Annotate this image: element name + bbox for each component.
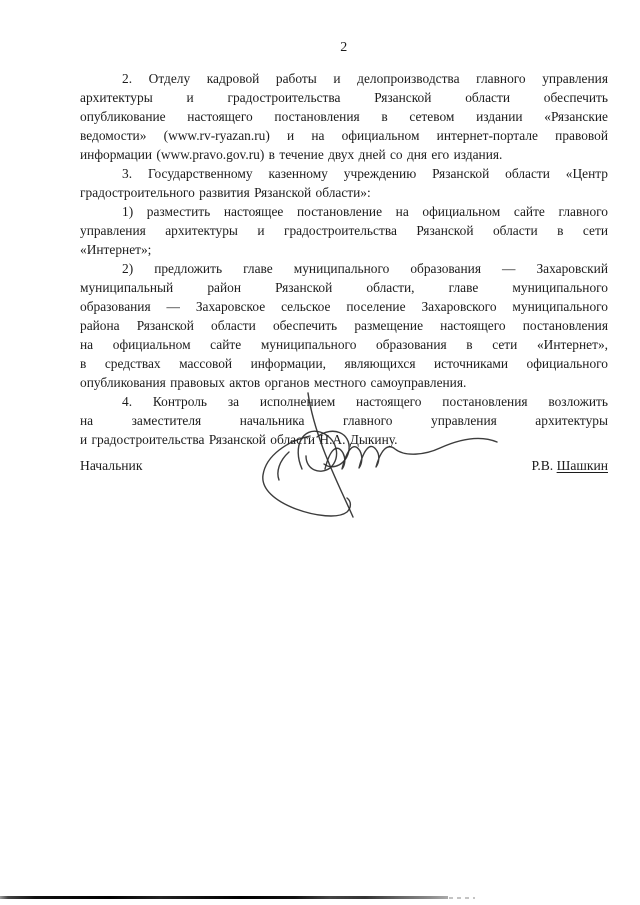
scan-artifact-line	[0, 896, 448, 899]
signer-initials: Р.В.	[531, 458, 553, 473]
document-line: архитектуры и градостроительства Рязанск…	[80, 88, 608, 107]
document-line: и градостроительства Рязанской области Н…	[80, 430, 608, 449]
signer-surname: Шашкин	[557, 458, 608, 473]
document-line: информации (www.pravo.gov.ru) в течение …	[80, 145, 608, 164]
signer-name: Р.В. Шашкин	[531, 458, 608, 474]
document-line: опубликования правовых актов органов мес…	[80, 373, 608, 392]
document-line: 2. Отделу кадровой работы и делопроизвод…	[80, 69, 608, 88]
document-line: района Рязанской области обеспечить разм…	[80, 316, 608, 335]
document-line: на официальном сайте муниципального обра…	[80, 335, 608, 354]
document-line: ведомости» (www.rv-ryazan.ru) и на офици…	[80, 126, 608, 145]
page-number: 2	[80, 40, 608, 56]
scan-artifact-line-tail	[449, 897, 475, 899]
document-line: в средствах массовой информации, являющи…	[80, 354, 608, 373]
document-line: образования — Захаровское сельское посел…	[80, 297, 608, 316]
document-line: управления архитектуры и градостроительс…	[80, 221, 608, 240]
document-page: 2 2. Отделу кадровой работы и делопроизв…	[0, 0, 640, 905]
document-line: 1) разместить настоящее постановление на…	[80, 202, 608, 221]
document-line: 4. Контроль за исполнением настоящего по…	[80, 392, 608, 411]
document-line: «Интернет»;	[80, 240, 608, 259]
document-line: опубликование настоящего постановления в…	[80, 107, 608, 126]
signer-position-title: Начальник	[80, 458, 142, 474]
document-line: муниципальный район Рязанской области, г…	[80, 278, 608, 297]
document-line: 2) предложить главе муниципального образ…	[80, 259, 608, 278]
document-line: 3. Государственному казенному учреждению…	[80, 164, 608, 183]
signature-row: Начальник Р.В. Шашкин	[80, 458, 608, 474]
document-line: на заместителя начальника главного управ…	[80, 411, 608, 430]
document-line: градостроительного развития Рязанской об…	[80, 183, 608, 202]
document-body: 2. Отделу кадровой работы и делопроизвод…	[80, 69, 608, 449]
